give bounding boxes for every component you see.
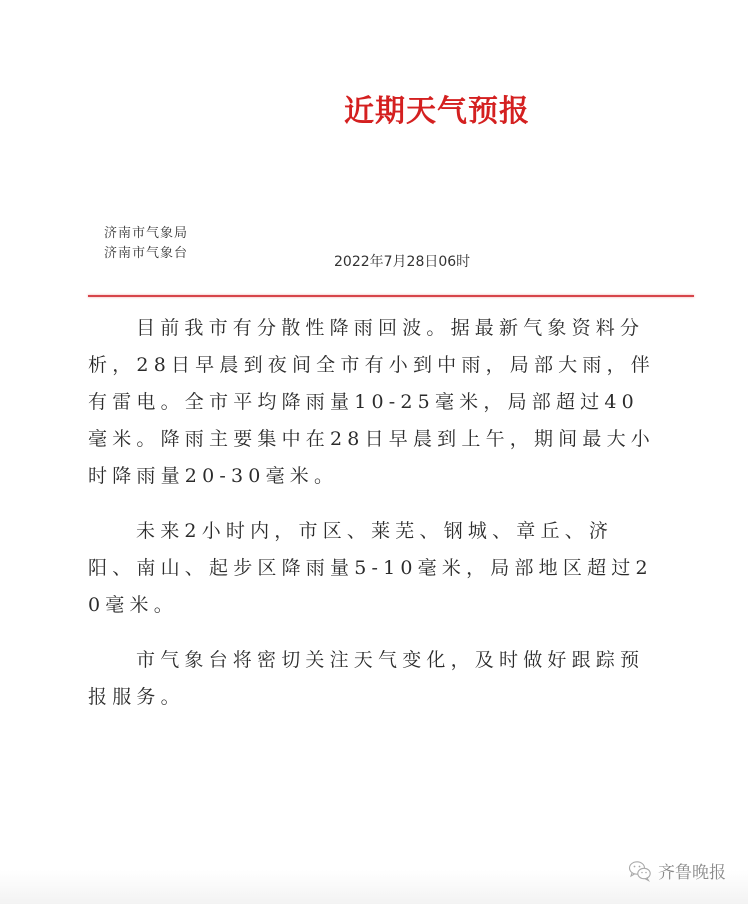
wechat-icon bbox=[628, 860, 652, 882]
paragraph-forecast: 目前我市有分散性降雨回波。据最新气象资料分析，28日早晨到夜间全市有小到中雨，局… bbox=[88, 310, 658, 495]
paragraph-next-2-hours: 未来2小时内，市区、莱芜、钢城、章丘、济阳、南山、起步区降雨量5-10毫米，局部… bbox=[88, 513, 658, 624]
red-divider bbox=[88, 295, 694, 297]
footer-watermark: 齐鲁晚报 bbox=[628, 858, 726, 883]
issuer-block: 济南市气象局 济南市气象台 bbox=[104, 224, 188, 264]
issue-date: 2022年7月28日06时 bbox=[334, 251, 470, 271]
paragraph-closing: 市气象台将密切关注天气变化，及时做好跟踪预报服务。 bbox=[88, 642, 658, 716]
brand-name: 齐鲁晚报 bbox=[658, 858, 726, 883]
issuer-observatory: 济南市气象台 bbox=[104, 244, 188, 264]
document-body: 目前我市有分散性降雨回波。据最新气象资料分析，28日早晨到夜间全市有小到中雨，局… bbox=[88, 310, 658, 734]
issuer-bureau: 济南市气象局 bbox=[104, 224, 188, 244]
document-page: 近期天气预报 济南市气象局 济南市气象台 2022年7月28日06时 目前我市有… bbox=[0, 0, 748, 904]
document-title: 近期天气预报 bbox=[0, 86, 748, 130]
